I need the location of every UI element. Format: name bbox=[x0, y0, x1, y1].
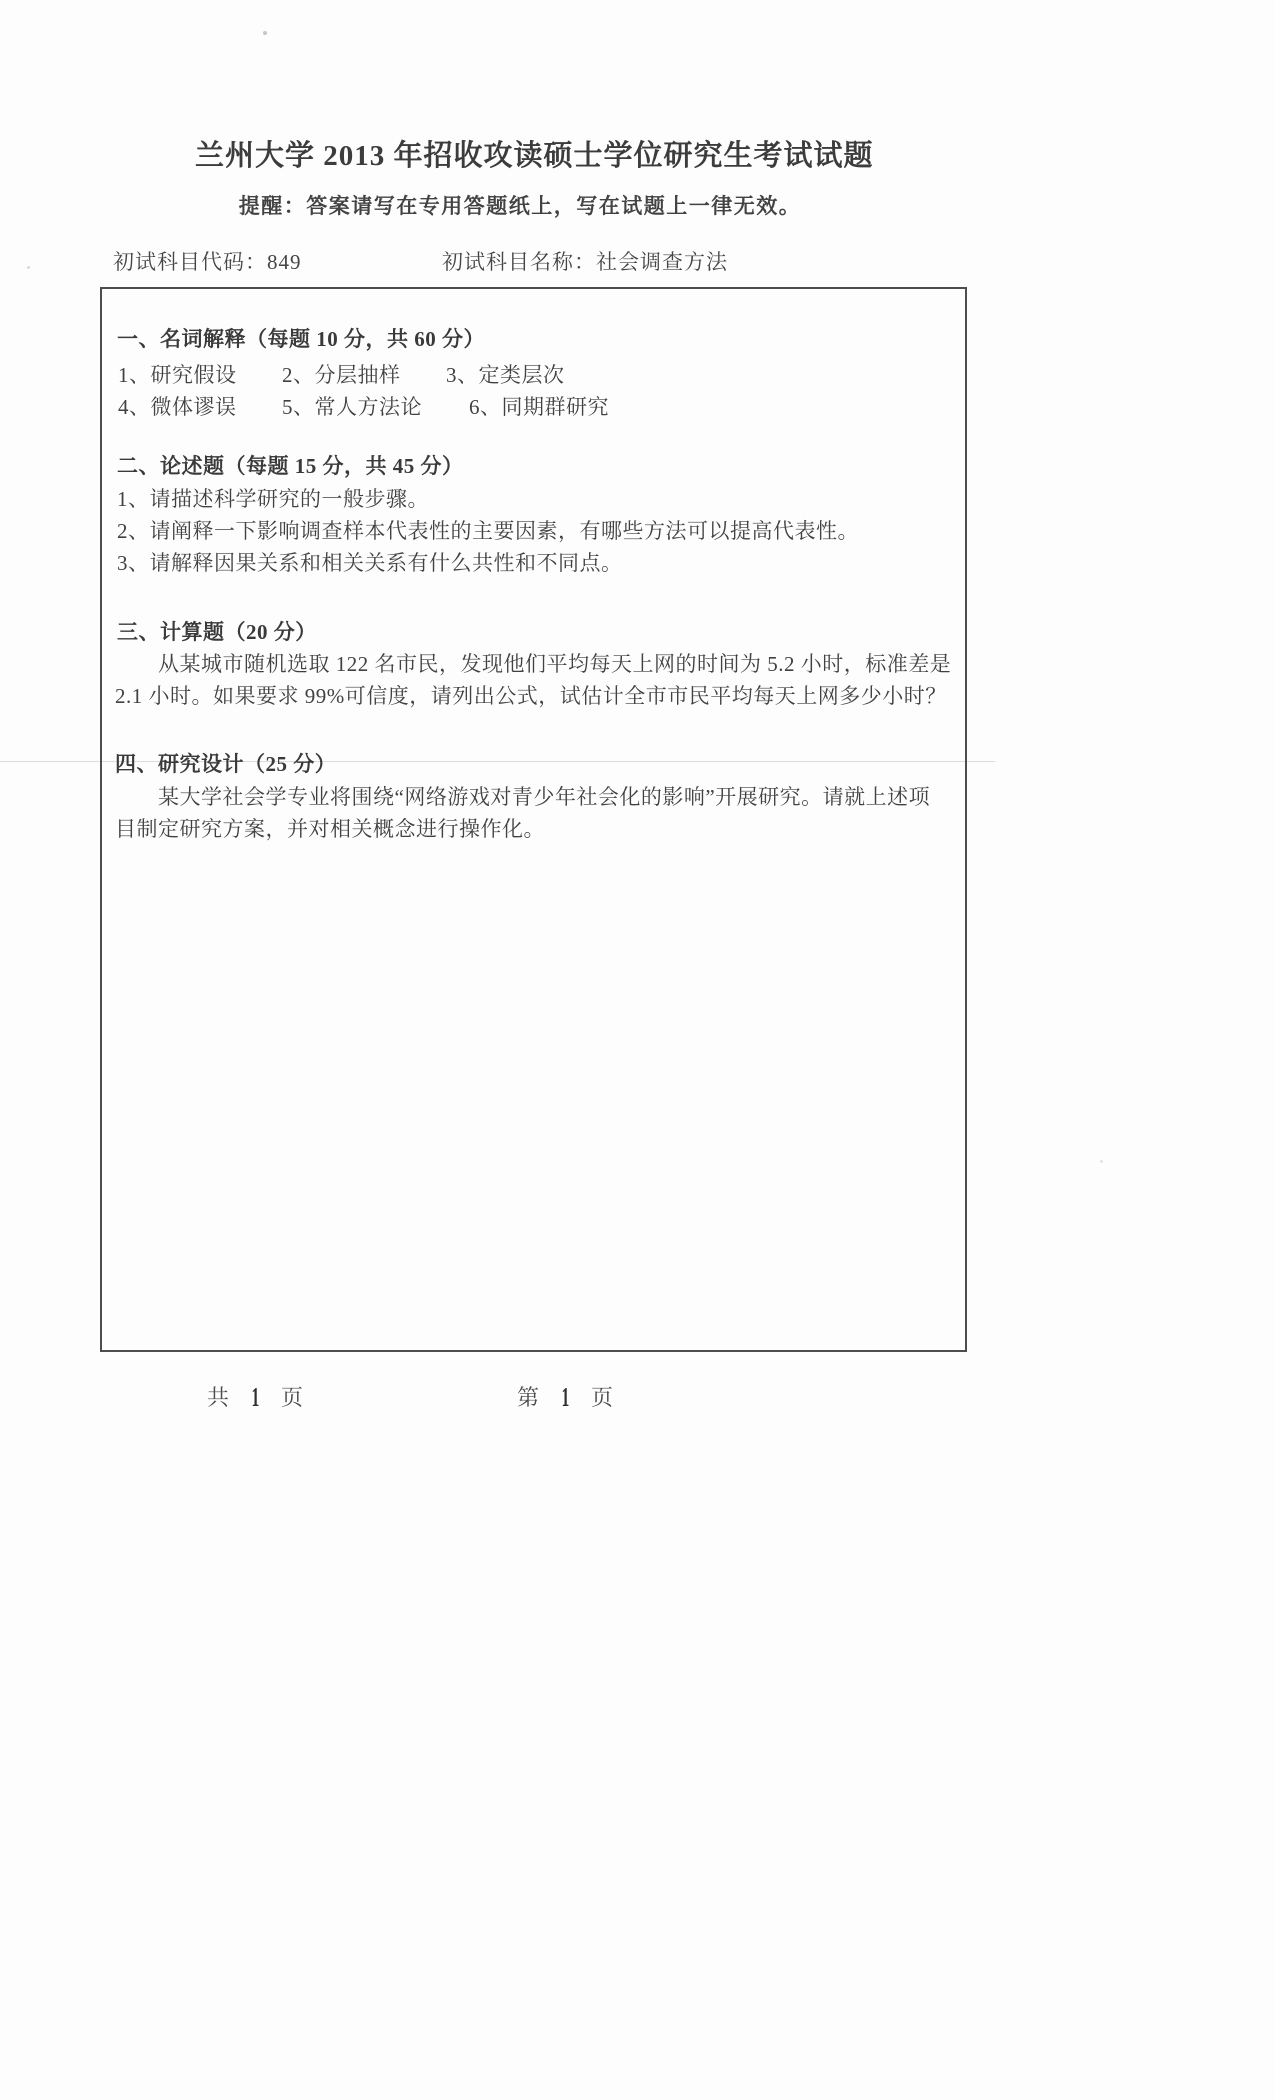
section-4-heading: 四、研究设计（25 分） bbox=[115, 751, 336, 777]
scan-speck bbox=[263, 31, 267, 35]
footer-current-page: 第1页 bbox=[517, 1381, 615, 1412]
calc-line-2: 2.1 小时。如果要求 99%可信度，请列出公式，试估计全市市民平均每天上网多少… bbox=[115, 683, 947, 709]
essay-item: 2、请阐释一下影响调查样本代表性的主要因素，有哪些方法可以提高代表性。 bbox=[117, 518, 859, 544]
section-1-heading: 一、名词解释（每题 10 分，共 60 分） bbox=[117, 326, 485, 352]
term-item: 5、常人方法论 bbox=[282, 391, 422, 421]
footer-total-prefix: 共 bbox=[207, 1385, 231, 1410]
exam-notice: 提醒：答案请写在专用答题纸上，写在试题上一律无效。 bbox=[160, 190, 880, 220]
footer-current-page-number: 1 bbox=[561, 1383, 570, 1414]
footer-total-pages: 共1页 bbox=[207, 1381, 305, 1412]
subject-code-value: 849 bbox=[267, 250, 302, 274]
page-title: 兰州大学 2013 年招收攻读硕士学位研究生考试试题 bbox=[195, 133, 855, 174]
footer-current-suffix: 页 bbox=[591, 1385, 615, 1410]
subject-code-label: 初试科目代码： bbox=[113, 250, 267, 274]
footer-total-page-number: 1 bbox=[251, 1383, 260, 1414]
subject-name-value: 社会调查方法 bbox=[596, 250, 728, 274]
scan-speck bbox=[27, 266, 30, 269]
subject-name-line: 初试科目名称：社会调查方法 bbox=[442, 246, 728, 276]
scanned-exam-page: { "colors": { "paper": "#fdfdfd", "ink":… bbox=[0, 0, 1275, 2100]
footer-current-prefix: 第 bbox=[517, 1385, 541, 1410]
term-item: 4、微体谬误 bbox=[118, 391, 237, 421]
design-line-1: 某大学社会学专业将围绕“网络游戏对青少年社会化的影响”开展研究。请就上述项 bbox=[158, 784, 930, 810]
term-item: 3、定类层次 bbox=[446, 359, 565, 389]
scan-speck bbox=[1100, 1160, 1103, 1163]
subject-name-label: 初试科目名称： bbox=[442, 250, 596, 274]
calc-line-1: 从某城市随机选取 122 名市民，发现他们平均每天上网的时间为 5.2 小时，标… bbox=[158, 651, 951, 677]
subject-code-line: 初试科目代码：849 bbox=[113, 246, 302, 276]
footer-total-suffix: 页 bbox=[281, 1385, 305, 1410]
essay-item: 1、请描述科学研究的一般步骤。 bbox=[117, 486, 429, 512]
essay-item: 3、请解释因果关系和相关关系有什么共性和不同点。 bbox=[117, 550, 623, 576]
section-2-heading: 二、论述题（每题 15 分，共 45 分） bbox=[117, 453, 464, 479]
design-line-2: 目制定研究方案，并对相关概念进行操作化。 bbox=[115, 816, 545, 842]
question-box: 一、名词解释（每题 10 分，共 60 分） 1、研究假设 2、分层抽样 3、定… bbox=[100, 287, 967, 1352]
section-3-heading: 三、计算题（20 分） bbox=[117, 619, 317, 645]
term-item: 1、研究假设 bbox=[118, 359, 237, 389]
term-item: 2、分层抽样 bbox=[282, 359, 401, 389]
term-item: 6、同期群研究 bbox=[469, 391, 609, 421]
